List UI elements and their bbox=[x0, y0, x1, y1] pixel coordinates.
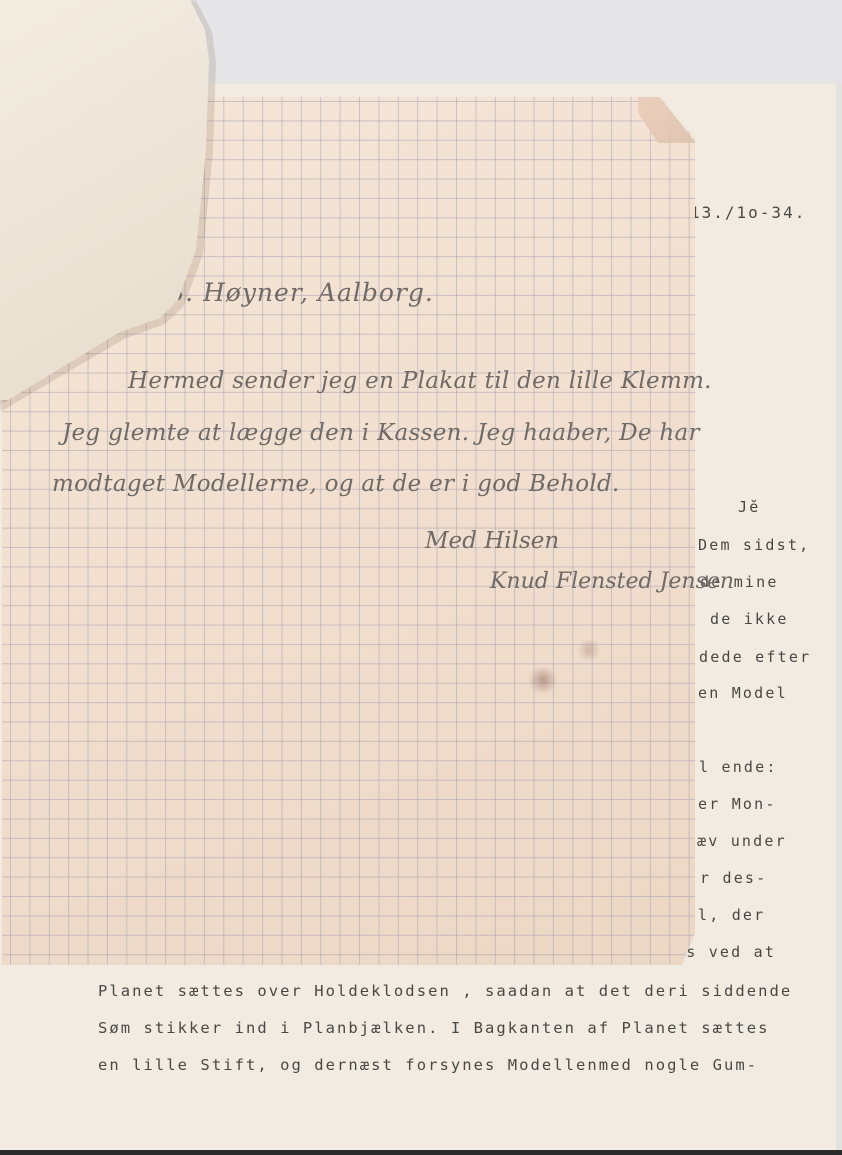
paper-stain bbox=[527, 667, 559, 693]
typed-fragment: l ende: bbox=[699, 758, 778, 776]
note-body-line: modtaget Modellerne, og at de er i god B… bbox=[52, 471, 620, 497]
typed-fragment: dede efter bbox=[699, 648, 811, 666]
note-closing: Med Hilsen bbox=[425, 528, 559, 554]
paper-stain bbox=[575, 640, 603, 660]
typed-fragment: Jĕ bbox=[738, 498, 760, 516]
typed-fragment: r des- bbox=[700, 869, 767, 887]
typed-fragment: er Mon- bbox=[698, 795, 777, 813]
typed-body-line: Planet sættes over Holdeklodsen , saadan… bbox=[98, 982, 792, 1000]
typed-fragment: de ikke bbox=[710, 610, 789, 628]
letter-date: 13./1o-34. bbox=[690, 203, 806, 222]
typed-body-line: Søm stikker ind i Planbjælken. I Bagkant… bbox=[98, 1019, 770, 1037]
page-bottom-edge bbox=[0, 1150, 842, 1155]
note-body-line: Jeg glemte at lægge den i Kassen. Jeg ha… bbox=[62, 420, 700, 446]
note-signature: Knud Flensted Jensen bbox=[490, 569, 734, 594]
typed-fragment: æv under bbox=[697, 832, 787, 850]
typed-body-line: en lille Stift, og dernæst forsynes Mode… bbox=[98, 1056, 758, 1074]
page-right-edge bbox=[836, 84, 842, 1150]
typed-fragment: es ved at bbox=[675, 943, 776, 961]
note-body-line: Hermed sender jeg en Plakat til den lill… bbox=[128, 368, 712, 394]
typed-fragment: en Model bbox=[698, 684, 788, 702]
typed-fragment: Dem sidst, bbox=[698, 536, 810, 554]
typed-fragment: l, der bbox=[698, 906, 765, 924]
